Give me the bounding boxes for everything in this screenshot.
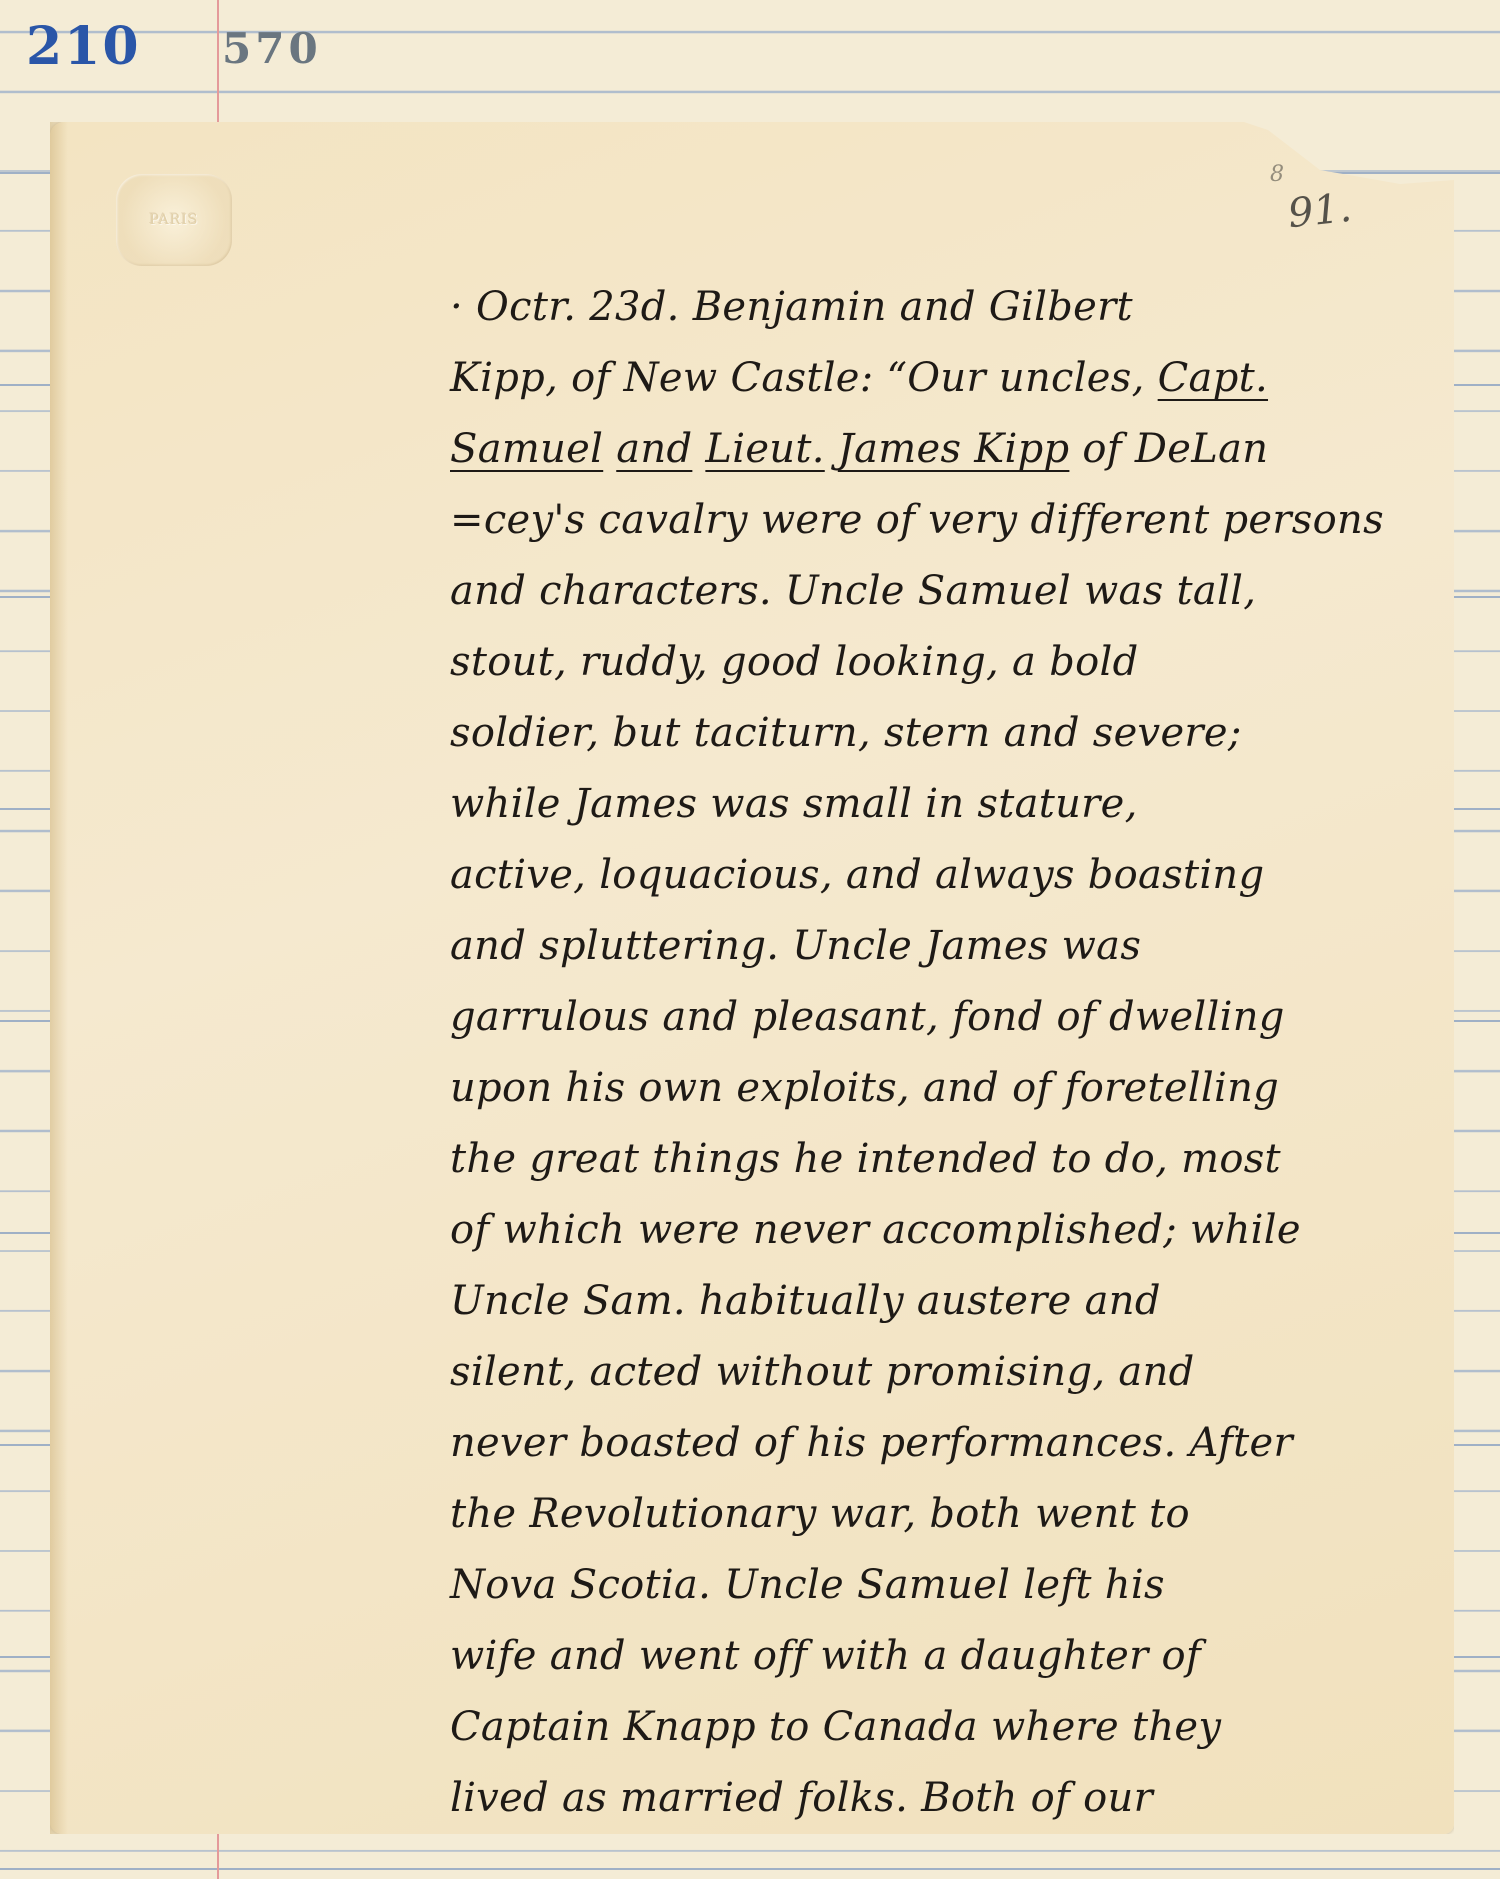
manuscript-line: upon his own exploits, and of foretellin… <box>450 1053 1460 1124</box>
line-text: wife and went off with a daughter of <box>450 1633 1201 1679</box>
manuscript-line: Nova Scotia. Uncle Samuel left his <box>450 1550 1460 1621</box>
line-text: of which were never accomplished; while <box>450 1207 1301 1253</box>
manuscript-line: Samuel and Lieut. James Kipp of DeLan <box>450 414 1460 485</box>
line-text: Captain Knapp to Canada where they <box>450 1704 1221 1750</box>
line-text: lived as married folks. Both of our <box>450 1775 1153 1821</box>
manuscript-line: silent, acted without promising, and <box>450 1337 1460 1408</box>
manuscript-line: while James was small in stature, <box>450 769 1460 840</box>
line-text <box>825 426 838 472</box>
line-text: of DeLan <box>1069 426 1268 472</box>
manuscript-line: never boasted of his performances. After <box>450 1408 1460 1479</box>
manuscript-text: · Octr. 23d. Benjamin and Gilbert Kipp, … <box>450 272 1460 1834</box>
underlined-text: James Kipp <box>838 426 1070 472</box>
manuscript-page: PARIS 8 91. · Octr. 23d. Benjamin and Gi… <box>50 122 1454 1834</box>
emboss-stamp: PARIS <box>116 174 232 266</box>
emboss-stamp-text: PARIS <box>150 212 199 228</box>
line-text: the Revolutionary war, both went to <box>450 1491 1190 1537</box>
manuscript-line: =cey's cavalry were of very different pe… <box>450 485 1460 556</box>
line-text: =cey's cavalry were of very different pe… <box>450 497 1384 543</box>
line-text: the great things he intended to do, most <box>450 1136 1281 1182</box>
manuscript-line: the great things he intended to do, most <box>450 1124 1460 1195</box>
manuscript-line: soldier, but taciturn, stern and severe; <box>450 698 1460 769</box>
line-text: and spluttering. Uncle James was <box>450 923 1141 969</box>
line-text: Nova Scotia. Uncle Samuel left his <box>450 1562 1165 1608</box>
page-number: 91. <box>1286 185 1354 237</box>
line-text: while James was small in stature, <box>450 781 1138 827</box>
old-page-number: 8 <box>1270 162 1284 187</box>
manuscript-line: the Revolutionary war, both went to <box>450 1479 1460 1550</box>
line-text: silent, acted without promising, and <box>450 1349 1195 1395</box>
line-text: never boasted of his performances. After <box>450 1420 1293 1466</box>
manuscript-line: · Octr. 23d. Benjamin and Gilbert <box>450 272 1460 343</box>
ledger-folio-stamp: 570 <box>222 24 322 73</box>
line-text: Uncle Sam. habitually austere and <box>450 1278 1161 1324</box>
line-text: · Octr. 23d. Benjamin and Gilbert <box>450 284 1133 330</box>
line-text: stout, ruddy, good looking, a bold <box>450 639 1138 685</box>
line-text: and characters. Uncle Samuel was tall, <box>450 568 1256 614</box>
line-text: garrulous and pleasant, fond of dwelling <box>450 994 1285 1040</box>
manuscript-line: Captain Knapp to Canada where they <box>450 1692 1460 1763</box>
line-text <box>603 426 616 472</box>
manuscript-line: and spluttering. Uncle James was <box>450 911 1460 982</box>
underlined-text: Capt. <box>1158 355 1268 401</box>
manuscript-line: Kipp, of New Castle: “Our uncles, Capt. <box>450 343 1460 414</box>
manuscript-line: lived as married folks. Both of our <box>450 1763 1460 1834</box>
ledger-entry-number: 210 <box>26 16 141 77</box>
manuscript-line: and characters. Uncle Samuel was tall, <box>450 556 1460 627</box>
line-text: upon his own exploits, and of foretellin… <box>450 1065 1279 1111</box>
line-text: active, loquacious, and always boasting <box>450 852 1264 898</box>
underlined-text: Lieut. <box>705 426 824 472</box>
line-text <box>692 426 705 472</box>
manuscript-line: active, loquacious, and always boasting <box>450 840 1460 911</box>
underlined-text: Samuel <box>450 426 603 472</box>
line-text: soldier, but taciturn, stern and severe; <box>450 710 1242 756</box>
manuscript-line: stout, ruddy, good looking, a bold <box>450 627 1460 698</box>
manuscript-line: garrulous and pleasant, fond of dwelling <box>450 982 1460 1053</box>
manuscript-line: of which were never accomplished; while <box>450 1195 1460 1266</box>
underlined-text: and <box>616 426 692 472</box>
line-text: Kipp, of New Castle: “Our uncles, <box>450 355 1158 401</box>
manuscript-line: Uncle Sam. habitually austere and <box>450 1266 1460 1337</box>
manuscript-line: wife and went off with a daughter of <box>450 1621 1460 1692</box>
